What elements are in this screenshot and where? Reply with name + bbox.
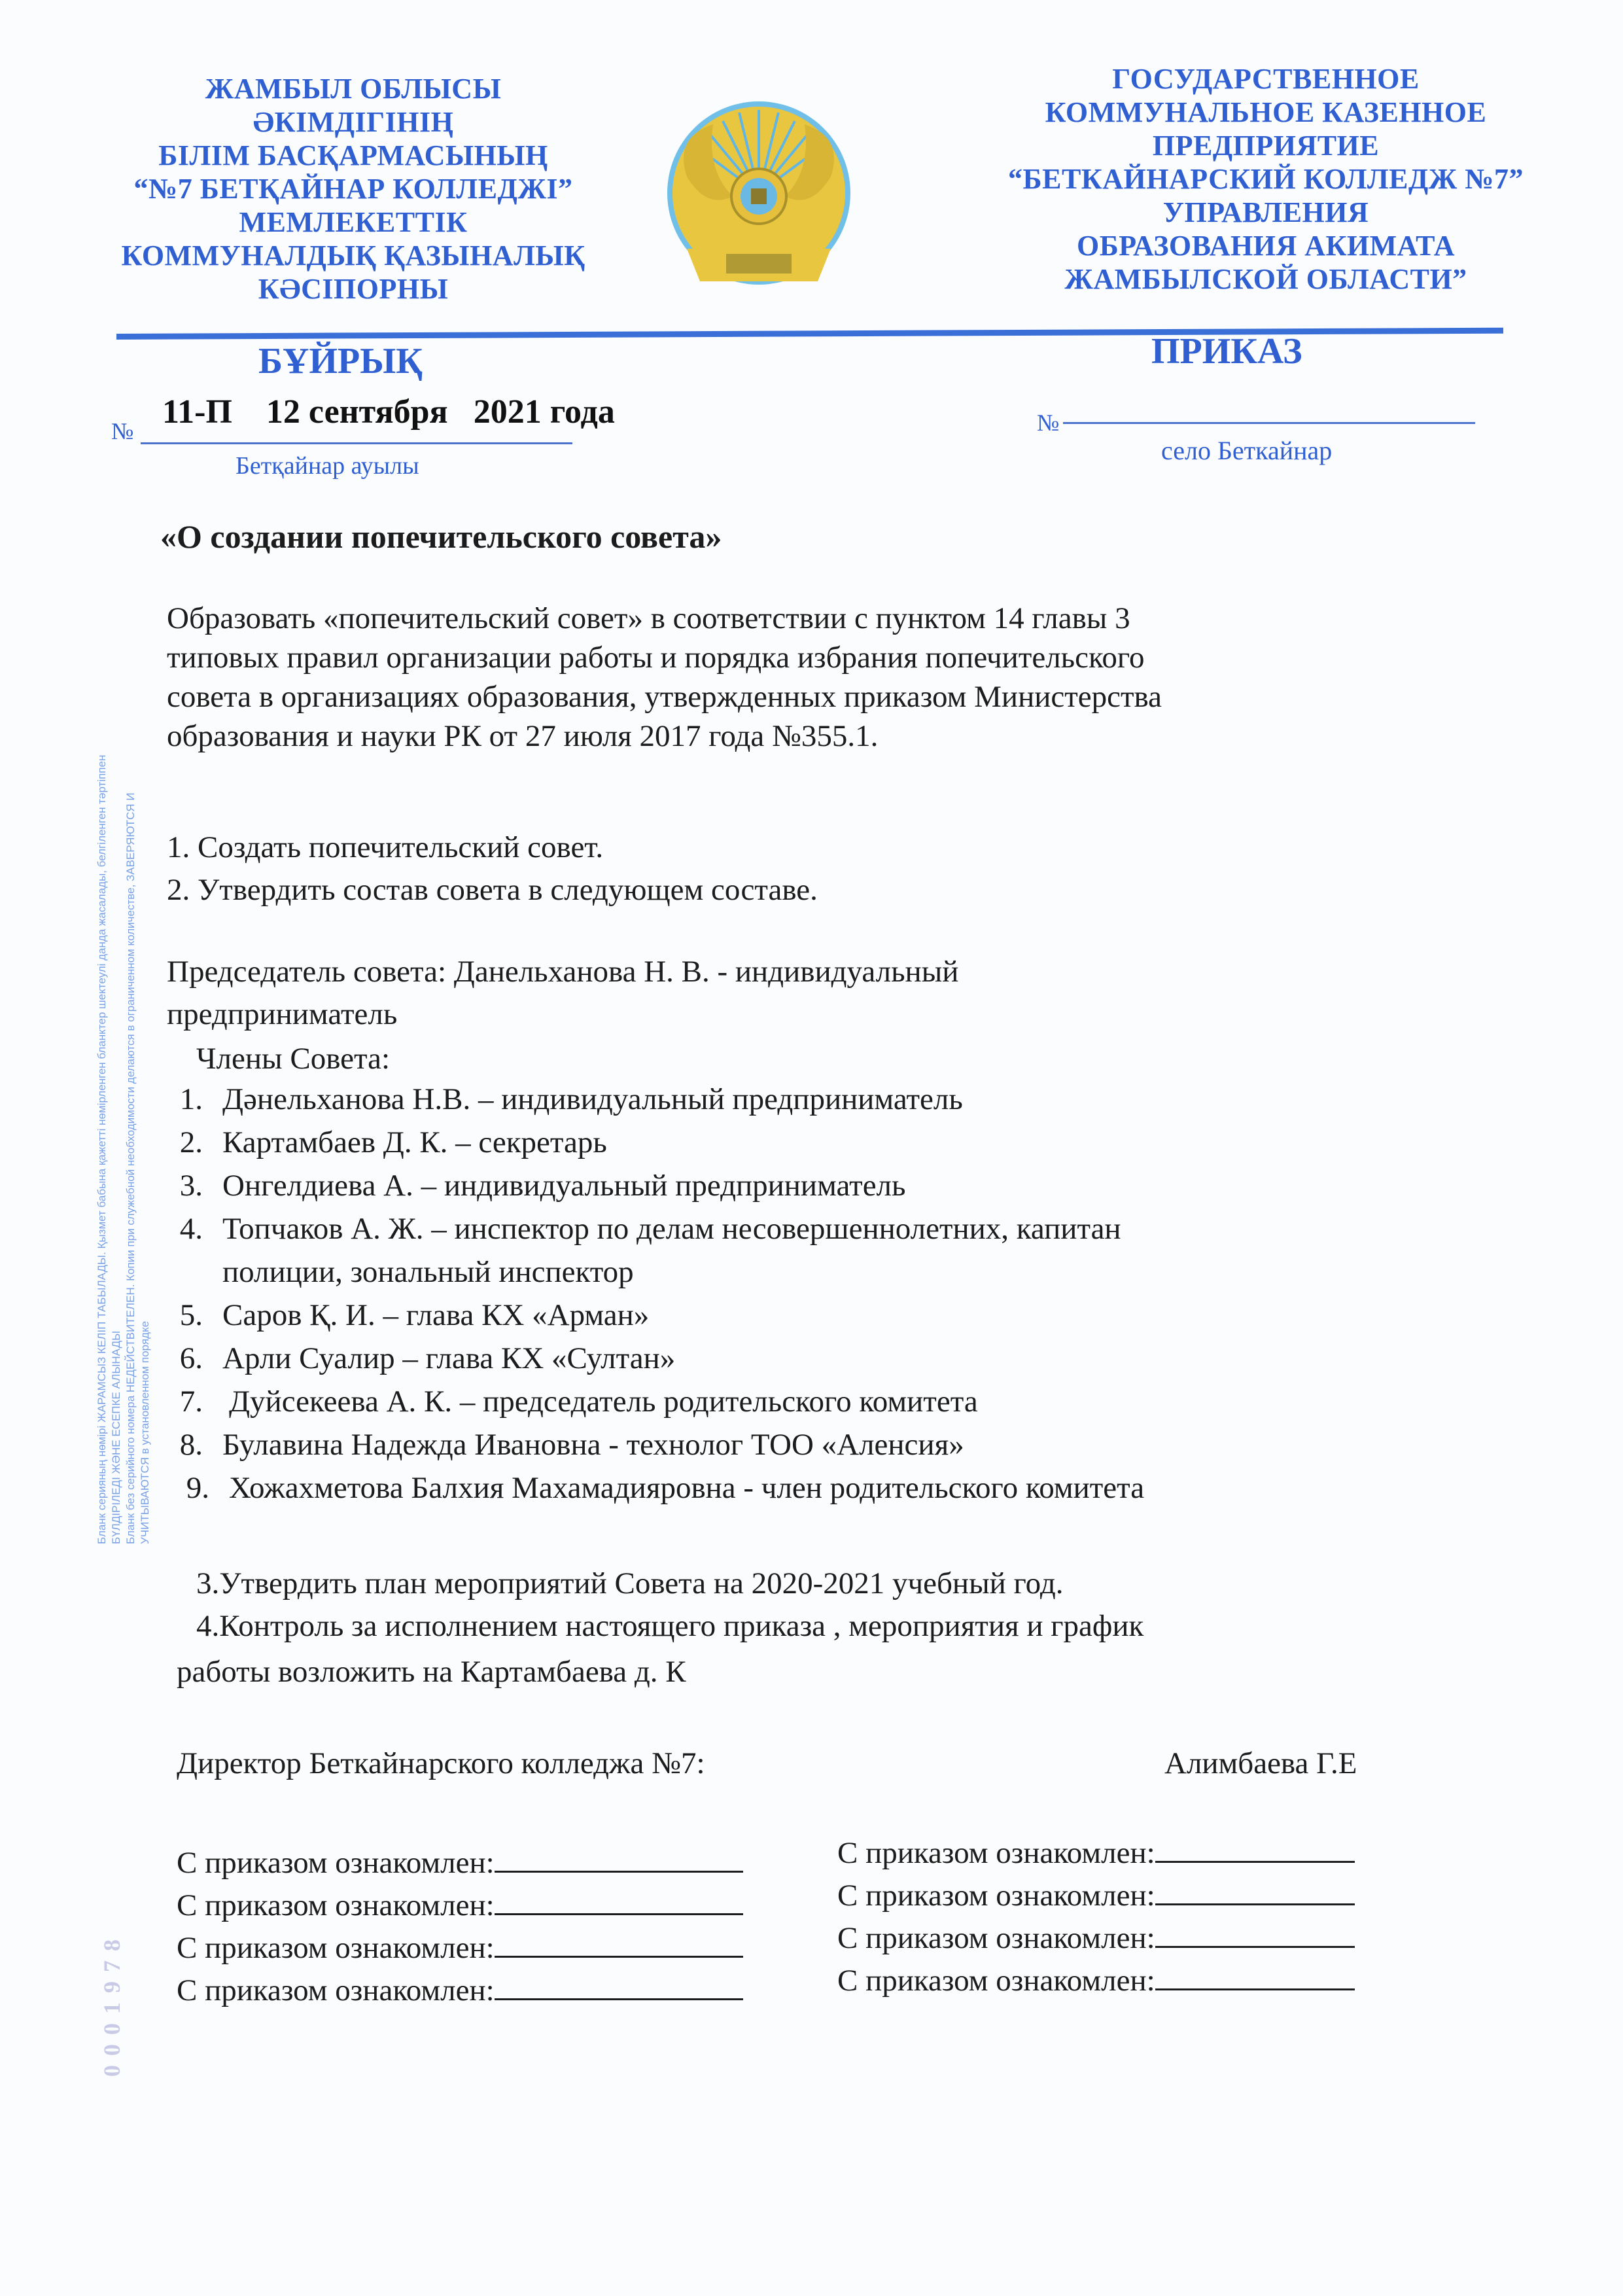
item-number: 3. — [167, 1166, 203, 1205]
ack-label: С приказом ознакомлен: — [177, 1931, 495, 1965]
order-number-line-kz — [141, 442, 572, 444]
item-number: 8. — [167, 1425, 203, 1464]
item-number: 7. — [167, 1382, 203, 1421]
order-number-sign-ru: № — [1037, 409, 1059, 436]
preamble: Образовать «попечительский совет» в соот… — [167, 599, 1475, 756]
state-emblem-icon — [661, 98, 857, 301]
header-kazakh: ЖАМБЫЛ ОБЛЫСЫ ӘКІМДІГІНІҢ БІЛІМ БАСҚАРМА… — [105, 72, 602, 306]
item-number: 4. — [167, 1209, 203, 1248]
ack-label: С приказом ознакомлен: — [177, 1888, 495, 1922]
item-text: полиции, зональный инспектор — [222, 1252, 634, 1292]
list-item: 1.Дәнельханова Н.В. – индивидуальный пре… — [167, 1080, 1475, 1123]
members-list: 1.Дәнельханова Н.В. – индивидуальный пре… — [167, 1080, 1475, 1511]
ack-label: С приказом ознакомлен: — [837, 1921, 1155, 1955]
list-item: 8.Булавина Надежда Ивановна - технолог Т… — [167, 1425, 1475, 1468]
signature-field[interactable] — [495, 1975, 743, 2000]
director-name: Алимбаева Г.Е — [1164, 1744, 1357, 1783]
list-item-continuation: полиции, зональный инспектор — [167, 1252, 1475, 1296]
order-title-ru: ПРИКАЗ — [1151, 330, 1302, 372]
signature-field[interactable] — [495, 1847, 743, 1873]
item-text: Дуйсекеева А. К. – председатель родитель… — [222, 1382, 978, 1421]
blank-serial-number: 0001978 — [98, 1930, 126, 2077]
item-text: Онгелдиева А. – индивидуальный предприни… — [222, 1166, 905, 1205]
header-kz-line: ӘКІМДІГІНІҢ — [105, 105, 602, 139]
preamble-line: Образовать «попечительский совет» в соот… — [167, 599, 1475, 638]
chairman-line: Председатель совета: Данельханова Н. В. … — [167, 952, 958, 991]
point-3: 3.Утвердить план мероприятий Совета на 2… — [196, 1564, 1063, 1603]
ack-label: С приказом ознакомлен: — [837, 1964, 1155, 1998]
point-4: 4.Контроль за исполнением настоящего при… — [196, 1606, 1143, 1646]
item-text: Арли Суалир – глава КХ «Султан» — [222, 1339, 675, 1378]
place-ru: село Беткайнар — [1161, 435, 1332, 466]
signature-field[interactable] — [495, 1890, 743, 1915]
signature-field[interactable] — [495, 1932, 743, 1958]
signature-field[interactable] — [1155, 1837, 1355, 1863]
acknowledgement-line: С приказом ознакомлен: — [177, 1930, 743, 1966]
item-number: 1. — [167, 1080, 203, 1119]
header-ru-line: ОБРАЗОВАНИЯ АКИМАТА — [981, 229, 1550, 262]
ack-label: С приказом ознакомлен: — [837, 1836, 1155, 1870]
item-text: Картамбаев Д. К. – секретарь — [222, 1123, 607, 1162]
place-kz: Бетқайнар ауылы — [236, 451, 419, 480]
acknowledgement-line: С приказом ознакомлен: — [837, 1878, 1355, 1913]
header-ru-line: “БЕТКАЙНАРСКИЙ КОЛЛЕДЖ №7” — [981, 162, 1550, 196]
header-russian: ГОСУДАРСТВЕННОЕ КОММУНАЛЬНОЕ КАЗЕННОЕ ПР… — [981, 62, 1550, 296]
signature-field[interactable] — [1155, 1880, 1355, 1905]
ack-label: С приказом ознакомлен: — [837, 1879, 1155, 1913]
point-4-cont: работы возложить на Картамбаева д. К — [177, 1652, 686, 1691]
order-number-date: 11-П 12 сентября 2021 года — [162, 393, 615, 431]
header-ru-line: ПРЕДПРИЯТИЕ — [981, 129, 1550, 162]
acknowledgement-line: С приказом ознакомлен: — [177, 1845, 743, 1881]
header-kz-line: “№7 БЕТҚАЙНАР КОЛЛЕДЖІ” — [105, 172, 602, 205]
director-label: Директор Беткайнарского колледжа №7: — [177, 1744, 705, 1783]
item-text: Булавина Надежда Ивановна - технолог ТОО… — [222, 1425, 964, 1464]
blank-margin-notice: Бланк серияның нөмірі ЖАРАМСЫЗ КЕЛІП ТАБ… — [95, 707, 141, 1544]
acknowledgement-line: С приказом ознакомлен: — [177, 1973, 743, 2008]
order-number-line-ru — [1063, 422, 1475, 424]
acknowledgement-line: С приказом ознакомлен: — [837, 1920, 1355, 1956]
item-number: 2. — [167, 1123, 203, 1162]
margin-notice-ru: Бланк без серийного номера НЕДЕЙСТВИТЕЛЕ… — [124, 707, 152, 1544]
signature-field[interactable] — [1155, 1965, 1355, 1990]
list-item: 7.Дуйсекеева А. К. – председатель родите… — [167, 1382, 1475, 1425]
acknowledgement-line: С приказом ознакомлен: — [837, 1963, 1355, 1998]
header-kz-line: КӘСІПОРНЫ — [105, 272, 602, 306]
acknowledgement-line: С приказом ознакомлен: — [837, 1835, 1355, 1871]
header-kz-line: КОММУНАЛДЫҚ ҚАЗЫНАЛЫҚ — [105, 239, 602, 272]
header-ru-line: УПРАВЛЕНИЯ — [981, 196, 1550, 229]
header-ru-line: ГОСУДАРСТВЕННОЕ — [981, 62, 1550, 96]
document-title: «О создании попечительского совета» — [160, 517, 722, 556]
header-ru-line: ЖАМБЫЛСКОЙ ОБЛАСТИ” — [981, 262, 1550, 296]
point-2: 2. Утвердить состав совета в следующем с… — [167, 870, 818, 910]
header-kz-line: БІЛІМ БАСҚАРМАСЫНЫҢ — [105, 139, 602, 172]
margin-notice-kz: Бланк серияның нөмірі ЖАРАМСЫЗ КЕЛІП ТАБ… — [95, 707, 124, 1544]
preamble-line: типовых правил организации работы и поря… — [167, 638, 1475, 677]
list-item: 6.Арли Суалир – глава КХ «Султан» — [167, 1339, 1475, 1382]
header-ru-line: КОММУНАЛЬНОЕ КАЗЕННОЕ — [981, 96, 1550, 129]
item-text: Топчаков А. Ж. – инспектор по делам несо… — [222, 1209, 1121, 1248]
chairman-line-cont: предприниматель — [167, 995, 397, 1034]
list-item: 2.Картамбаев Д. К. – секретарь — [167, 1123, 1475, 1166]
item-text: Саров Қ. И. – глава КХ «Арман» — [222, 1296, 649, 1335]
header-kz-line: МЕМЛЕКЕТТІК — [105, 205, 602, 239]
list-item: 4.Топчаков А. Ж. – инспектор по делам не… — [167, 1209, 1475, 1252]
acknowledgement-line: С приказом ознакомлен: — [177, 1888, 743, 1923]
list-item: 3.Онгелдиева А. – индивидуальный предпри… — [167, 1166, 1475, 1209]
item-number: 9. — [173, 1468, 209, 1508]
members-label: Члены Совета: — [196, 1039, 390, 1078]
ack-label: С приказом ознакомлен: — [177, 1973, 495, 2007]
ack-label: С приказом ознакомлен: — [177, 1846, 495, 1880]
header-kz-line: ЖАМБЫЛ ОБЛЫСЫ — [105, 72, 602, 105]
order-number-sign-kz: № — [111, 417, 133, 445]
order-title-kz: БҰЙРЫҚ — [258, 340, 423, 382]
signature-field[interactable] — [1155, 1922, 1355, 1948]
preamble-line: образования и науки РК от 27 июля 2017 г… — [167, 716, 1475, 756]
list-item: 5.Саров Қ. И. – глава КХ «Арман» — [167, 1296, 1475, 1339]
preamble-line: совета в организациях образования, утвер… — [167, 677, 1475, 716]
item-number: 6. — [167, 1339, 203, 1378]
item-text: Дәнельханова Н.В. – индивидуальный предп… — [222, 1080, 963, 1119]
list-item: 9.Хожахметова Балхия Махамадияровна - чл… — [173, 1468, 1475, 1511]
item-number: 5. — [167, 1296, 203, 1335]
item-text: Хожахметова Балхия Махамадияровна - член… — [229, 1468, 1144, 1508]
point-1: 1. Создать попечительский совет. — [167, 828, 603, 867]
